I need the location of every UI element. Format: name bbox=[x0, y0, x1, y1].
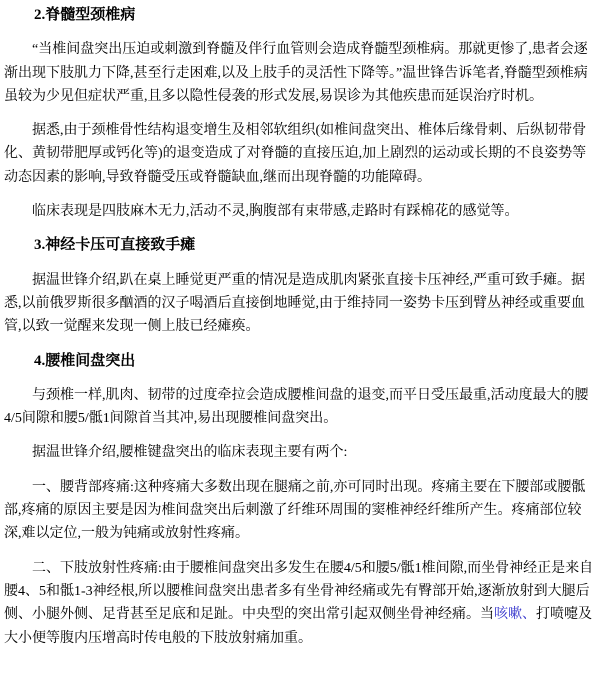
section-heading-nerve-compression: 3.神经卡压可直接致手瘫 bbox=[4, 234, 597, 257]
section-heading-lumbar-disc-herniation: 4.腰椎间盘突出 bbox=[4, 350, 597, 373]
cough-link[interactable]: 咳嗽、 bbox=[494, 607, 536, 622]
paragraph-lower-back-pain: 一、腰背部疼痛:这种疼痛大多数出现在腿痛之前,亦可同时出现。疼痛主要在下腰部或腰… bbox=[4, 476, 597, 546]
paragraph-degeneration-cause: 据悉,由于颈椎骨性结构退变增生及相邻软组织(如椎间盘突出、椎体后缘骨刺、后纵韧带… bbox=[4, 119, 597, 189]
article-body: 2.脊髓型颈椎病 “当椎间盘突出压迫或刺激到脊髓及伴行血管则会造成脊髓型颈椎病。… bbox=[0, 0, 600, 650]
paragraph-lumbar-degeneration: 与颈椎一样,肌肉、韧带的过度牵拉会造成腰椎间盘的退变,而平日受压最重,活动度最大… bbox=[4, 384, 597, 431]
section-heading-spinal-cord-cervical-spondylosis: 2.脊髓型颈椎病 bbox=[4, 4, 597, 27]
paragraph-radiating-leg-pain: 二、下肢放射性疼痛:由于腰椎间盘突出多发生在腰4/5和腰5/骶1椎间隙,而坐骨神… bbox=[4, 557, 597, 650]
paragraph-quote-symptoms: “当椎间盘突出压迫或刺激到脊髓及伴行血管则会造成脊髓型颈椎病。那就更惨了,患者会… bbox=[4, 38, 597, 108]
paragraph-two-manifestations-intro: 据温世锋介绍,腰椎键盘突出的临床表现主要有两个: bbox=[4, 441, 597, 464]
paragraph-nerve-compression-detail: 据温世锋介绍,趴在桌上睡觉更严重的情况是造成肌肉紧张直接卡压神经,严重可致手瘫。… bbox=[4, 269, 597, 339]
paragraph-clinical-signs: 临床表现是四肢麻木无力,活动不灵,胸腹部有束带感,走路时有踩棉花的感觉等。 bbox=[4, 200, 597, 223]
